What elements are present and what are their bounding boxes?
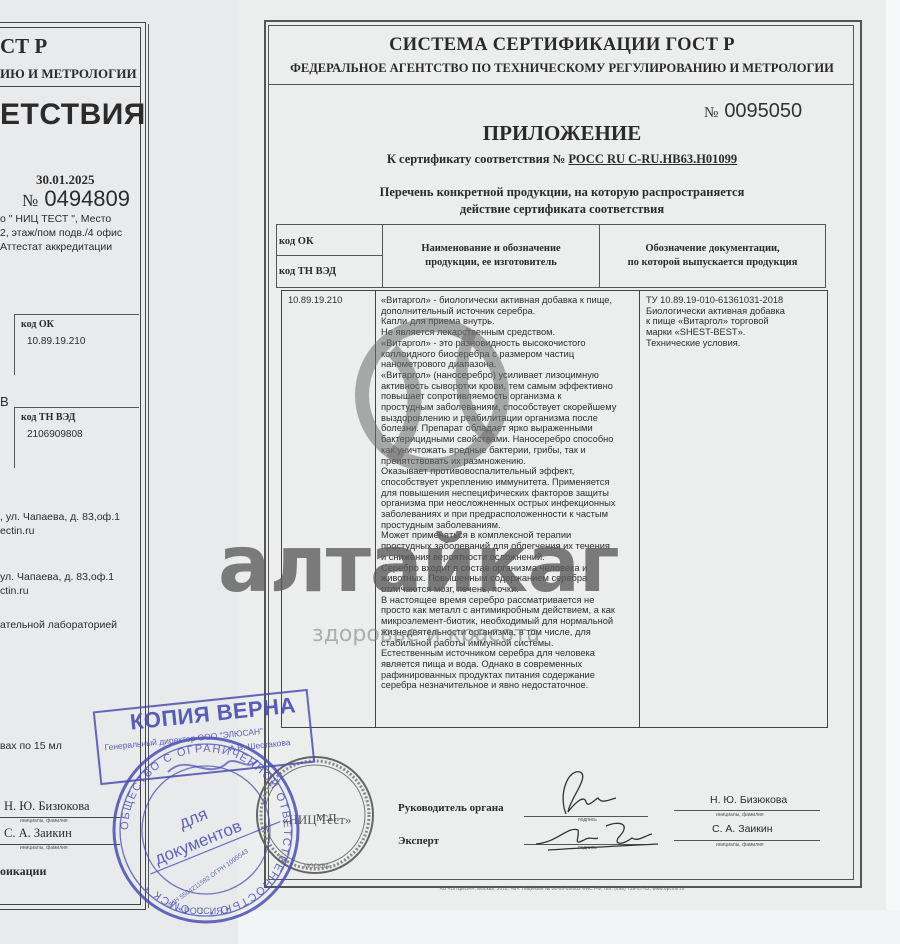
certificate-number: РОСС RU С-RU.НВ63.Н01099	[568, 152, 737, 166]
header-code-ok: код ОК	[279, 236, 314, 247]
header-product-name: Наименование и обозначениепродукции, ее …	[383, 242, 599, 270]
head-label: Руководитель органа	[398, 802, 504, 814]
back-number: № 0494809	[22, 186, 130, 212]
watermark-logo-icon	[352, 310, 512, 480]
back-code-tnved-box: код ТН ВЭД 2106909808	[14, 407, 139, 468]
head-signature	[528, 764, 648, 820]
back-title-fragment: СТ Р	[0, 34, 47, 59]
appendix-title: ПРИЛОЖЕНИЕ	[238, 121, 886, 146]
certificate-reference: К сертификату соответствия № РОСС RU С-R…	[238, 152, 886, 167]
svg-text:* РОССИЯ *: * РОССИЯ *	[178, 906, 229, 916]
watermark-brand: алтайкаг	[218, 520, 619, 610]
product-code: 10.89.19.210	[288, 295, 342, 306]
header-documentation: Обозначение документации,по которой выпу…	[600, 242, 825, 270]
expert-label: Эксперт	[398, 835, 439, 847]
header-code-tnved: код ТН ВЭД	[279, 266, 336, 277]
back-line-2: 2, этаж/пом подв./4 офис	[0, 227, 122, 239]
head-name: Н. Ю. Бизюкова	[710, 794, 787, 806]
expert-name: С. А. Заикин	[712, 823, 773, 835]
back-signer-1: Н. Ю. Бизюкова	[4, 799, 90, 814]
watermark-tagline: здоровье и красота	[312, 622, 540, 647]
header-divider	[269, 84, 853, 85]
product-documentation: ТУ 10.89.19-010-61361031-2018 Биологичес…	[646, 295, 826, 349]
svg-text:МОСКВА: МОСКВА	[304, 864, 329, 870]
back-line-1: о " НИЦ ТЕСТ ", Место	[0, 213, 111, 225]
divider	[0, 86, 141, 87]
agency-name: ФЕДЕРАЛЬНОЕ АГЕНТСТВО ПО ТЕХНИЧЕСКОМУ РЕ…	[238, 61, 886, 76]
company-round-seal: ОБЩЕСТВО С ОГРАНИЧЕННОЙ ОТВЕТСТВЕННОСТЬЮ…	[108, 732, 304, 928]
system-title: СИСТЕМА СЕРТИФИКАЦИИ ГОСТ Р	[238, 35, 886, 56]
back-cert-title-fragment: ЕТСТВИЯ	[0, 98, 146, 132]
back-agency-fragment: ИЮ И МЕТРОЛОГИИ	[0, 66, 137, 82]
table-header: код ОК код ТН ВЭД Наименование и обознач…	[276, 224, 826, 288]
printer-imprint: АО «ОПЦИОН», Москва, 2015, «Б». Лицензия…	[238, 886, 886, 891]
back-line-3: Аттестат аккредитации	[0, 241, 112, 253]
form-number: №0095050	[704, 100, 802, 123]
seal-place-label: М.П.	[316, 812, 339, 824]
product-list-title: Перечень конкретной продукции, на котору…	[238, 184, 886, 218]
back-code-ok-box: код ОК 10.89.19.210	[14, 314, 139, 375]
back-signer-2: С. А. Заикин	[4, 826, 72, 841]
expert-signature	[528, 816, 668, 856]
